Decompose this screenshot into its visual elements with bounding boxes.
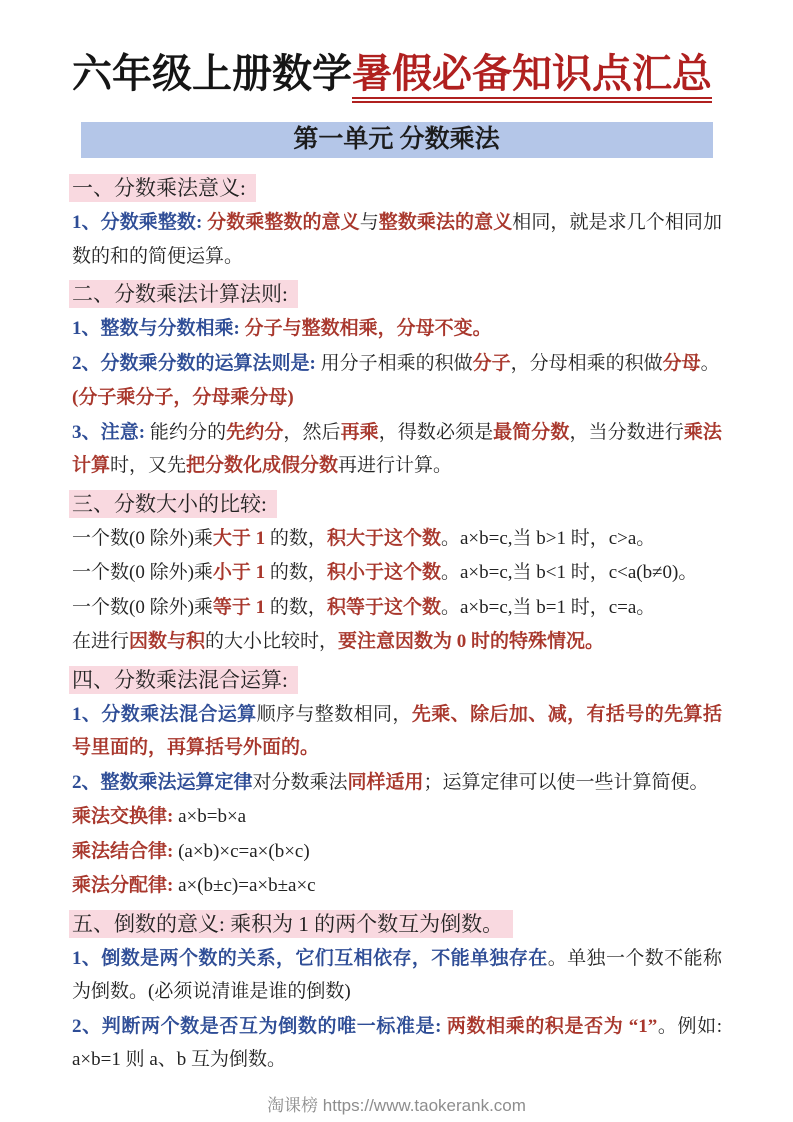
footer-watermark-text: 淘课榜 https://www.taokerank.com (267, 1096, 526, 1115)
text-run: 的大小比较时， (205, 631, 338, 652)
text-run: a×b=b×a (178, 806, 246, 827)
text-run: 3、注意: (72, 422, 150, 443)
text-run: 分子与整数相乘，分母不变。 (245, 318, 492, 339)
text-run: 的数， (265, 562, 327, 583)
text-run: 积等于这个数 (327, 597, 441, 618)
content: 一、分数乘法意义:1、分数乘整数: 分数乘整数的意义与整数乘法的意义相同，就是求… (72, 174, 722, 1077)
text-run: 最简分数 (493, 422, 569, 443)
text-run: 一个数(0 除外)乘 (72, 562, 213, 583)
page-title: 六年级上册数学暑假必备知识点汇总 (72, 50, 721, 98)
text-run: ；运算定律可以使一些计算简便。 (424, 772, 709, 793)
paragraph: 乘法分配律: a×(b±c)=a×b±a×c (72, 869, 722, 903)
text-run: 一个数(0 除外)乘 (72, 597, 213, 618)
page-title-black-part: 六年级上册数学 (72, 51, 352, 96)
text-run: 时，又先 (110, 455, 186, 476)
section-header-highlight: 二、分数乘法计算法则: (69, 280, 298, 308)
paragraph: 1、倒数是两个数的关系，它们互相依存，不能单独存在。单独一个数不能称为倒数。(必… (72, 942, 722, 1009)
paragraph: 2、分数乘分数的运算法则是: 用分子相乘的积做分子，分母相乘的积做分母。 (72, 347, 722, 381)
text-run: 乘法分配律: (72, 875, 178, 896)
text-run: a×(b±c)=a×b±a×c (178, 875, 316, 896)
section-header-highlight: 四、分数乘法混合运算: (69, 666, 298, 694)
text-run: 2、判断两个数是否互为倒数的唯一标准是: (72, 1016, 447, 1037)
text-run: 顺序与整数相同， (257, 704, 412, 725)
text-run: 用分子相乘的积做 (321, 353, 473, 374)
text-run: (a×b)×c=a×(b×c) (178, 841, 310, 862)
text-run: 1、分数乘法混合运算 (72, 704, 257, 725)
text-run: ，分母相乘的积做 (511, 353, 663, 374)
text-run: 分母 (663, 353, 701, 374)
paragraph: 乘法交换律: a×b=b×a (72, 800, 722, 834)
text-run: 能约分的 (150, 422, 226, 443)
text-run: 四、分数乘法混合运算: (72, 668, 288, 692)
text-run: 2、整数乘法运算定律 (72, 772, 253, 793)
section-header-highlight: 五、倒数的意义: 乘积为 1 的两个数互为倒数。 (69, 910, 513, 938)
text-run: ，当分数进行 (569, 422, 683, 443)
text-run: 1、倒数是两个数的关系，它们互相依存，不能单独存在 (72, 948, 548, 969)
text-run: 2、分数乘分数的运算法则是: (72, 353, 321, 374)
section-header: 二、分数乘法计算法则: (72, 280, 722, 308)
text-run: 积大于这个数 (327, 528, 441, 549)
text-run: ，然后 (283, 422, 340, 443)
section-header-highlight: 一、分数乘法意义: (69, 174, 256, 202)
text-run: 。 (701, 353, 720, 374)
text-run: 与 (360, 212, 379, 233)
paragraph: 乘法结合律: (a×b)×c=a×(b×c) (72, 835, 722, 869)
text-run: 对分数乘法 (253, 772, 348, 793)
text-run: 同样适用 (348, 772, 424, 793)
footer-watermark: 淘课榜 https://www.taokerank.com (72, 1093, 721, 1119)
text-run: 一个数(0 除外)乘 (72, 528, 213, 549)
page-inner: 六年级上册数学暑假必备知识点汇总 第一单元 分数乘法 一、分数乘法意义:1、分数… (0, 0, 793, 1119)
unit-banner: 第一单元 分数乘法 (81, 122, 713, 158)
section-header: 五、倒数的意义: 乘积为 1 的两个数互为倒数。 (72, 910, 722, 938)
text-run: 乘法结合律: (72, 841, 178, 862)
text-run: 1、分数乘整数: (72, 212, 207, 233)
paragraph: 2、整数乘法运算定律对分数乘法同样适用；运算定律可以使一些计算简便。 (72, 766, 722, 800)
text-run: 分数乘整数的意义 (207, 212, 360, 233)
section-header-highlight: 三、分数大小的比较: (69, 490, 277, 518)
text-run: 先约分 (226, 422, 283, 443)
text-run: 因数与积 (129, 631, 205, 652)
text-run: 再进行计算。 (338, 455, 452, 476)
text-run: 整数乘法的意义 (379, 212, 513, 233)
document-page: 六年级上册数学暑假必备知识点汇总 第一单元 分数乘法 一、分数乘法意义:1、分数… (0, 0, 793, 1122)
section-header: 四、分数乘法混合运算: (72, 666, 722, 694)
paragraph: 一个数(0 除外)乘小于 1 的数，积小于这个数。a×b=c,当 b<1 时，c… (72, 556, 722, 590)
text-run: 1、整数与分数相乘: (72, 318, 245, 339)
text-run: 。a×b=c,当 b=1 时，c=a。 (441, 597, 655, 618)
section-header: 三、分数大小的比较: (72, 490, 722, 518)
unit-banner-label: 第一单元 分数乘法 (293, 126, 499, 153)
text-run: 一、分数乘法意义: (72, 176, 246, 200)
text-run: 在进行 (72, 631, 129, 652)
text-run: 的数， (265, 528, 327, 549)
text-run: 乘法交换律: (72, 806, 178, 827)
text-run: 二、分数乘法计算法则: (72, 282, 288, 306)
paragraph: 在进行因数与积的大小比较时，要注意因数为 0 时的特殊情况。 (72, 625, 722, 659)
paragraph: 3、注意: 能约分的先约分，然后再乘，得数必须是最简分数，当分数进行乘法计算时，… (72, 416, 722, 483)
paragraph: 一个数(0 除外)乘等于 1 的数，积等于这个数。a×b=c,当 b=1 时，c… (72, 591, 722, 625)
paragraph: (分子乘分子，分母乘分母) (72, 381, 722, 415)
text-run: 小于 1 (213, 562, 265, 583)
text-run: (分子乘分子，分母乘分母) (72, 387, 294, 408)
text-run: 。a×b=c,当 b<1 时，c<a(b≠0)。 (441, 562, 697, 583)
text-run: 再乘 (341, 422, 379, 443)
text-run: 要注意因数为 0 时的特殊情况。 (338, 631, 604, 652)
text-run: 两数相乘的积是否为 “1” (447, 1016, 657, 1037)
paragraph: 1、分数乘整数: 分数乘整数的意义与整数乘法的意义相同，就是求几个相同加数的和的… (72, 206, 722, 273)
paragraph: 1、分数乘法混合运算顺序与整数相同，先乘、除后加、减，有括号的先算括号里面的，再… (72, 698, 722, 765)
text-run: 大于 1 (213, 528, 265, 549)
text-run: ，得数必须是 (379, 422, 493, 443)
text-run: 把分数化成假分数 (186, 455, 338, 476)
paragraph: 2、判断两个数是否互为倒数的唯一标准是: 两数相乘的积是否为 “1”。例如: a… (72, 1010, 722, 1077)
section-header: 一、分数乘法意义: (72, 174, 722, 202)
text-run: 三、分数大小的比较: (72, 492, 267, 516)
text-run: 的数， (265, 597, 327, 618)
page-title-red-part: 暑假必备知识点汇总 (352, 51, 712, 103)
text-run: 积小于这个数 (327, 562, 441, 583)
text-run: 等于 1 (213, 597, 265, 618)
paragraph: 一个数(0 除外)乘大于 1 的数，积大于这个数。a×b=c,当 b>1 时，c… (72, 522, 722, 556)
text-run: 分子 (473, 353, 511, 374)
text-run: 五、倒数的意义: 乘积为 1 的两个数互为倒数。 (72, 912, 503, 936)
text-run: 。a×b=c,当 b>1 时，c>a。 (441, 528, 655, 549)
paragraph: 1、整数与分数相乘: 分子与整数相乘，分母不变。 (72, 312, 722, 346)
